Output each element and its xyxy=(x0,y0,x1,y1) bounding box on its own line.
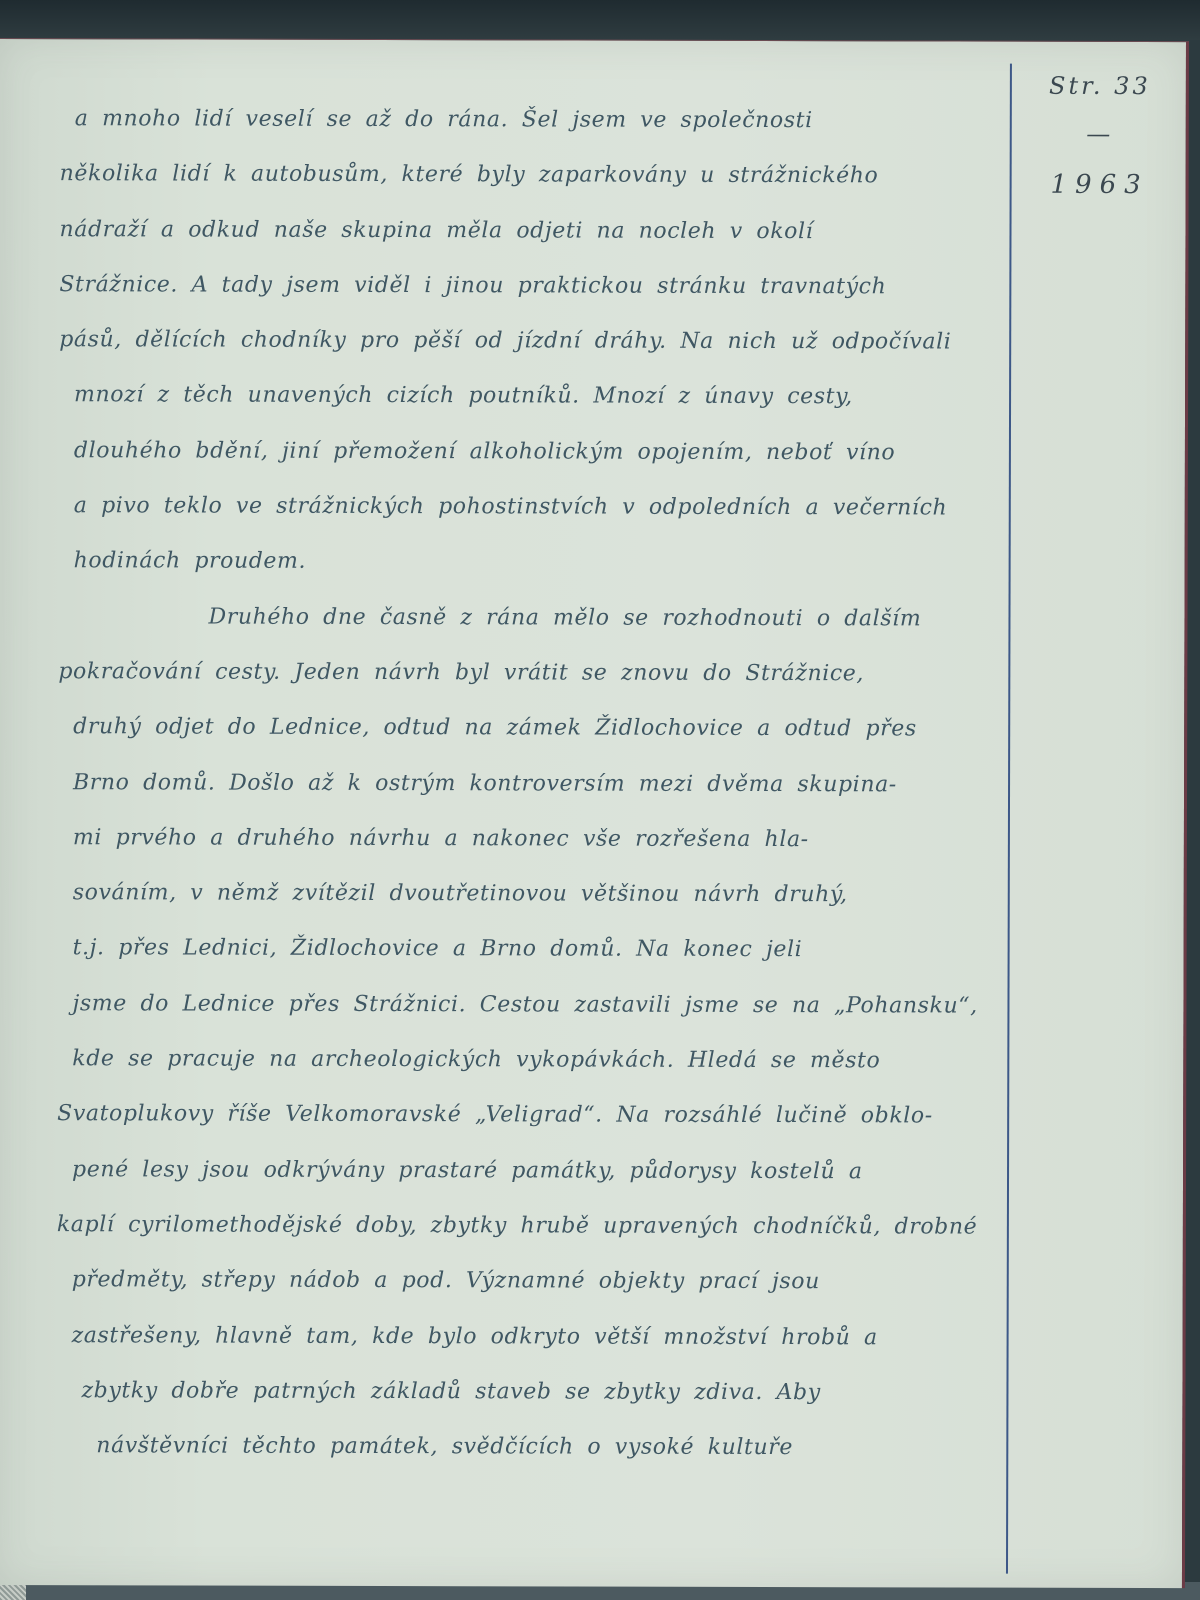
background-top xyxy=(0,0,1200,40)
text-line: Brno domů. Došlo až k ostrým kontroversí… xyxy=(58,755,1058,813)
text-line: pené lesy jsou odkrývány prastaré památk… xyxy=(57,1142,1057,1200)
text-line-with-strikeout: pokračování cesty. Jeden návrh byl vráti… xyxy=(58,644,1058,702)
text-line: předměty, střepy nádob a pod. Významné o… xyxy=(57,1252,1057,1310)
notebook-page: Str. 33 — 1963 a mnoho lidí veselí se až… xyxy=(0,38,1189,1588)
text-line: mnozí z těch unavených cizích poutníků. … xyxy=(59,368,1059,426)
text-line: nádraží a odkud naše skupina měla odjeti… xyxy=(59,202,1059,260)
text-line: sováním, v němž zvítězil dvoutřetinovou … xyxy=(58,865,1058,923)
handwritten-text-body: a mnoho lidí veselí se až do rána. Šel j… xyxy=(56,91,1060,1476)
text-line: a pivo teklo ve strážnických pohostinstv… xyxy=(59,478,1059,536)
text-line: druhý odjet do Lednice, odtud na zámek Ž… xyxy=(58,699,1058,757)
text-line: Svatoplukovy říše Velkomoravské „Veligra… xyxy=(57,1086,1057,1144)
text-line: a mnoho lidí veselí se až do rána. Šel j… xyxy=(60,91,1060,149)
text-line: kde se pracuje na archeologických vykopá… xyxy=(57,1031,1057,1089)
text-line: Strážnice. A tady jsem viděl i jinou pra… xyxy=(59,257,1059,315)
text-line: několika lidí k autobusům, které byly za… xyxy=(60,146,1060,204)
text-line: zastřešeny, hlavně tam, kde bylo odkryto… xyxy=(57,1308,1057,1366)
text-line: kaplí cyrilomethodějské doby, zbytky hru… xyxy=(57,1197,1057,1255)
text-line: pásů, dělících chodníky pro pěší od jízd… xyxy=(59,312,1059,370)
paragraph-start-line: Druhého dne časně z rána mělo se rozhodn… xyxy=(58,589,1058,647)
text-line: t.j. přes Lednici, Židlochovice a Brno d… xyxy=(58,921,1058,979)
text-line: hodinách proudem. xyxy=(59,534,1059,592)
text-line: jsme do Lednice přes Strážnici. Cestou z… xyxy=(57,976,1057,1034)
text-line: dlouhého bdění, jiní přemožení alkoholic… xyxy=(59,423,1059,481)
text-line: návštěvníci těchto památek, svědčících o… xyxy=(56,1418,1056,1476)
text-line: pokračování cesty. Jeden návrh byl vráti… xyxy=(58,659,864,686)
text-line: zbytky dobře patrných základů staveb se … xyxy=(56,1363,1056,1421)
text-line: mi prvého a druhého návrhu a nakonec vše… xyxy=(58,810,1058,868)
